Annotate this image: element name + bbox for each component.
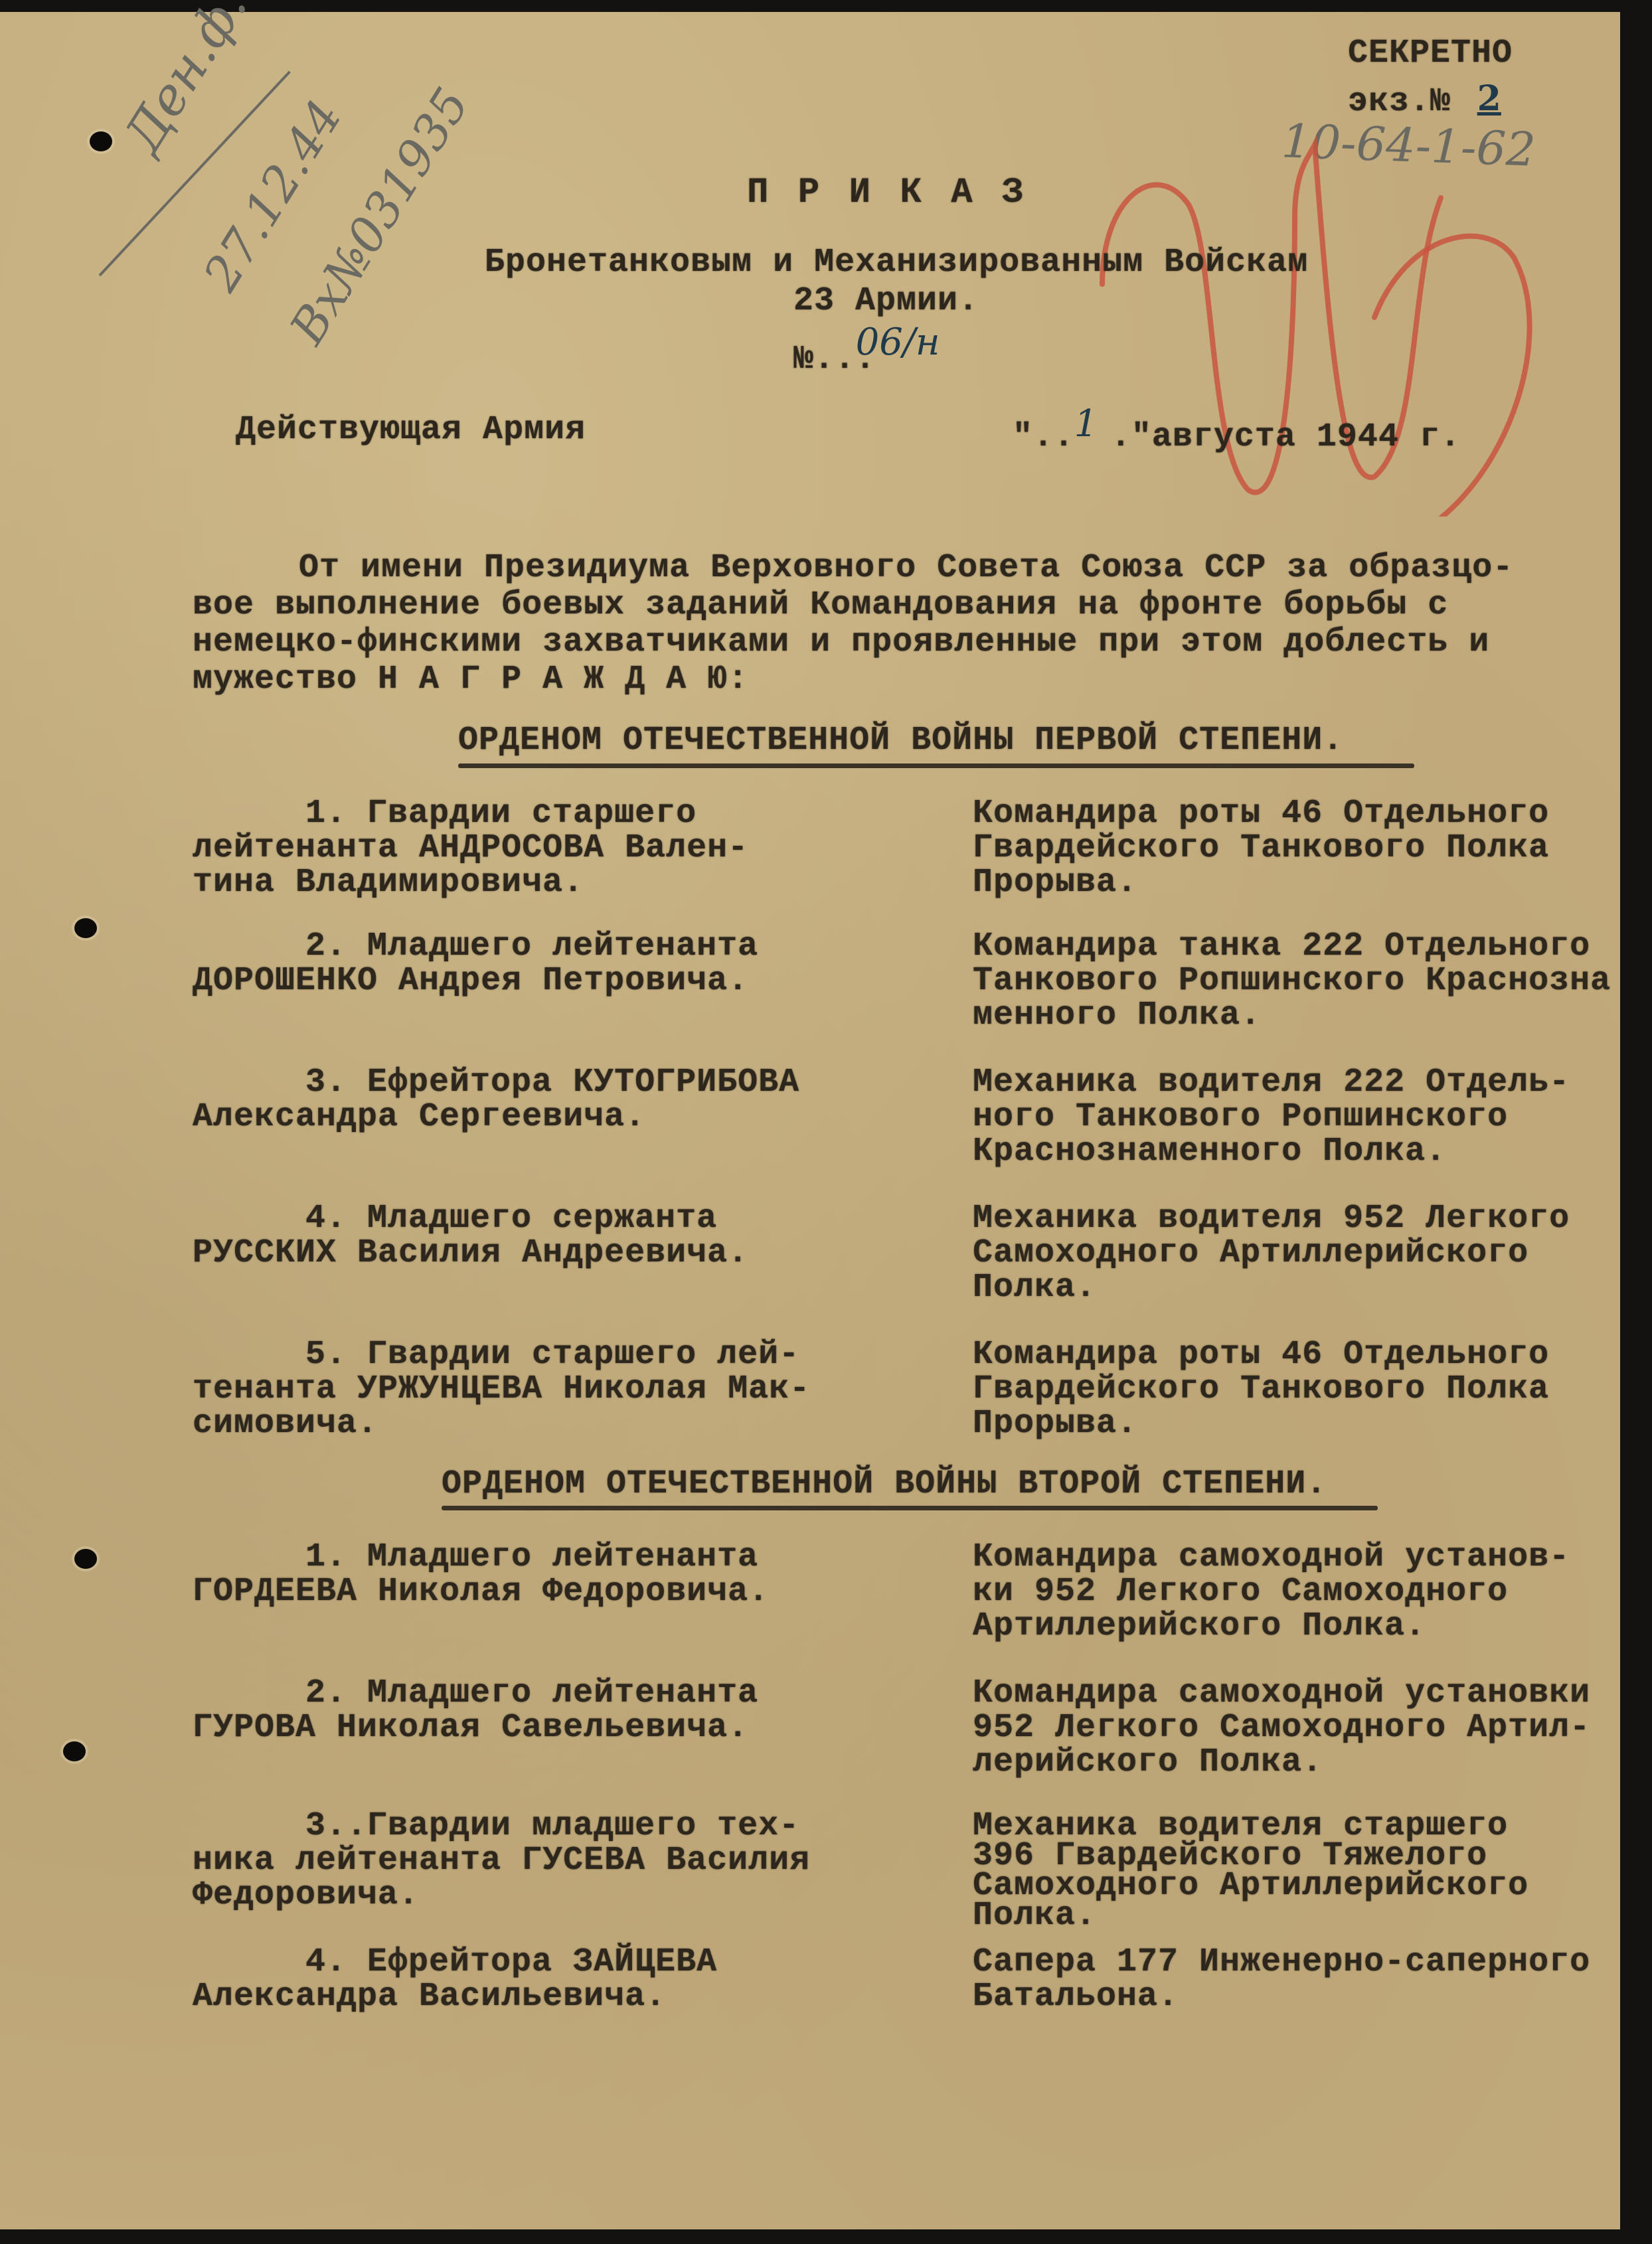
date-day: 1 xyxy=(1074,402,1098,445)
punch-hole xyxy=(74,918,97,938)
award-unit-line: Командира самоходной установ- xyxy=(973,1539,1570,1576)
order-number: №... 06/н xyxy=(793,334,967,378)
date-quote-open: ".. xyxy=(1013,418,1074,456)
award-rank-line: 5. Гвардии старшего лей- xyxy=(305,1336,799,1374)
award-unit-line: Сапера 177 Инженерно-саперного xyxy=(973,1944,1590,1981)
award-rank-line: 4. Младшего сержанта xyxy=(305,1200,717,1238)
heading-underline xyxy=(458,763,1414,768)
date-line: ".. 1 ."августа 1944 г. xyxy=(1013,412,1461,456)
award-rank-line: симовича. xyxy=(193,1405,378,1443)
handwritten-note-1: Ден.ф. xyxy=(113,0,259,163)
award-rank-line: ника лейтенанта ГУСЕВА Василия xyxy=(193,1842,810,1880)
section-heading-first-degree: ОРДЕНОМ ОТЕЧЕСТВЕННОЙ ВОЙНЫ ПЕРВОЙ СТЕПЕ… xyxy=(458,722,1343,760)
date-rest: ."августа 1944 г. xyxy=(1111,418,1461,456)
scan-border-right xyxy=(1620,0,1652,2244)
preamble-line-4: мужество Н А Г Р А Ж Д А Ю: xyxy=(193,661,748,698)
award-unit-line: Гвардейского Танкового Полка xyxy=(973,1371,1549,1408)
award-rank-line: ГУРОВА Николая Савельевича. xyxy=(193,1710,748,1747)
scan-border-bottom xyxy=(0,2229,1652,2244)
award-rank-line: ГОРДЕЕВА Николая Федоровича. xyxy=(193,1573,769,1611)
award-unit-line: Командира самоходной установки xyxy=(973,1675,1590,1712)
award-rank-line: Александра Васильевича. xyxy=(193,1978,666,2016)
award-rank-line: 2. Младшего лейтенанта xyxy=(305,1675,758,1712)
punch-hole xyxy=(63,1741,86,1761)
award-unit-line: Танкового Ропшинского Краснозна xyxy=(973,963,1611,1000)
copy-number: 2 xyxy=(1477,78,1501,119)
award-unit-line: Механика водителя 222 Отдель- xyxy=(973,1064,1570,1101)
preamble-line-1: От имени Президиума Верховного Совета Со… xyxy=(299,550,1513,587)
award-rank-line: 3. Ефрейтора КУТОГРИБОВА xyxy=(305,1064,799,1101)
section-heading-second-degree: ОРДЕНОМ ОТЕЧЕСТВЕННОЙ ВОЙНЫ ВТОРОЙ СТЕПЕ… xyxy=(442,1466,1327,1503)
red-pencil-mark xyxy=(1076,118,1554,517)
award-rank-line: 1. Младшего лейтенанта xyxy=(305,1539,758,1576)
award-unit-line: менного Полка. xyxy=(973,997,1261,1034)
preamble-line-3: немецко-финскими захватчиками и проявлен… xyxy=(193,624,1489,661)
award-unit-line: ки 952 Легкого Самоходного xyxy=(973,1573,1508,1611)
award-rank-line: Федоровича. xyxy=(193,1877,419,1914)
award-rank-line: 4. Ефрейтора ЗАЙЦЕВА xyxy=(305,1944,717,1981)
award-unit-line: Командира роты 46 Отдельного xyxy=(973,795,1549,833)
subtitle-line-2: 23 Армии. xyxy=(793,283,979,320)
classification-stamp: СЕКРЕТНО xyxy=(1348,35,1513,72)
copy-number-line: экз.№ 2 xyxy=(1348,78,1481,121)
award-unit-line: Прорыва. xyxy=(973,1405,1137,1443)
award-unit-line: ного Танкового Ропшинского xyxy=(973,1099,1508,1136)
preamble-line-2: вое выполнение боевых заданий Командован… xyxy=(193,587,1448,624)
award-unit-line: Прорыва. xyxy=(973,864,1137,902)
award-unit-line: Полка. xyxy=(973,1269,1096,1307)
award-unit-line: Артиллерийского Полка. xyxy=(973,1608,1426,1645)
award-rank-line: лейтенанта АНДРОСОВА Вален- xyxy=(193,830,748,867)
award-unit-line: Командира роты 46 Отдельного xyxy=(973,1336,1549,1374)
place-line: Действующая Армия xyxy=(236,412,586,449)
punch-hole xyxy=(90,131,112,151)
award-rank-line: 2. Младшего лейтенанта xyxy=(305,928,758,965)
award-unit-line: Командира танка 222 Отдельного xyxy=(973,928,1590,965)
copy-label: экз.№ xyxy=(1348,83,1451,121)
heading-underline xyxy=(442,1506,1378,1510)
document-title: П Р И К А З xyxy=(747,175,1027,212)
subtitle-line-1: Бронетанковым и Механизированным Войскам xyxy=(485,244,1308,281)
award-rank-line: 1. Гвардии старшего xyxy=(305,795,697,833)
award-unit-line: Полка. xyxy=(973,1897,1096,1935)
order-number-value: 06/н xyxy=(856,321,940,364)
document-page: СЕКРЕТНО экз.№ 2 10-64-1-62 Ден.ф. 27.12… xyxy=(0,12,1620,2229)
award-rank-line: ДОРОШЕНКО Андрея Петровича. xyxy=(193,963,748,1000)
award-rank-line: РУССКИХ Василия Андреевича. xyxy=(193,1235,748,1272)
award-rank-line: тенанта УРЖУНЦЕВА Николая Мак- xyxy=(193,1371,810,1408)
award-unit-line: 952 Легкого Самоходного Артил- xyxy=(973,1710,1590,1747)
award-unit-line: Краснознаменного Полка. xyxy=(973,1133,1446,1170)
award-unit-line: Батальона. xyxy=(973,1978,1179,2016)
award-rank-line: Александра Сергеевича. xyxy=(193,1099,645,1136)
award-rank-line: тина Владимировича. xyxy=(193,864,584,902)
award-unit-line: Механика водителя 952 Легкого xyxy=(973,1200,1570,1238)
award-rank-line: 3..Гвардии младшего тех- xyxy=(305,1808,799,1845)
punch-hole xyxy=(74,1549,97,1569)
award-unit-line: Гвардейского Танкового Полка xyxy=(973,830,1549,867)
award-unit-line: Самоходного Артиллерийского xyxy=(973,1235,1528,1272)
award-unit-line: лерийского Полка. xyxy=(973,1744,1323,1781)
